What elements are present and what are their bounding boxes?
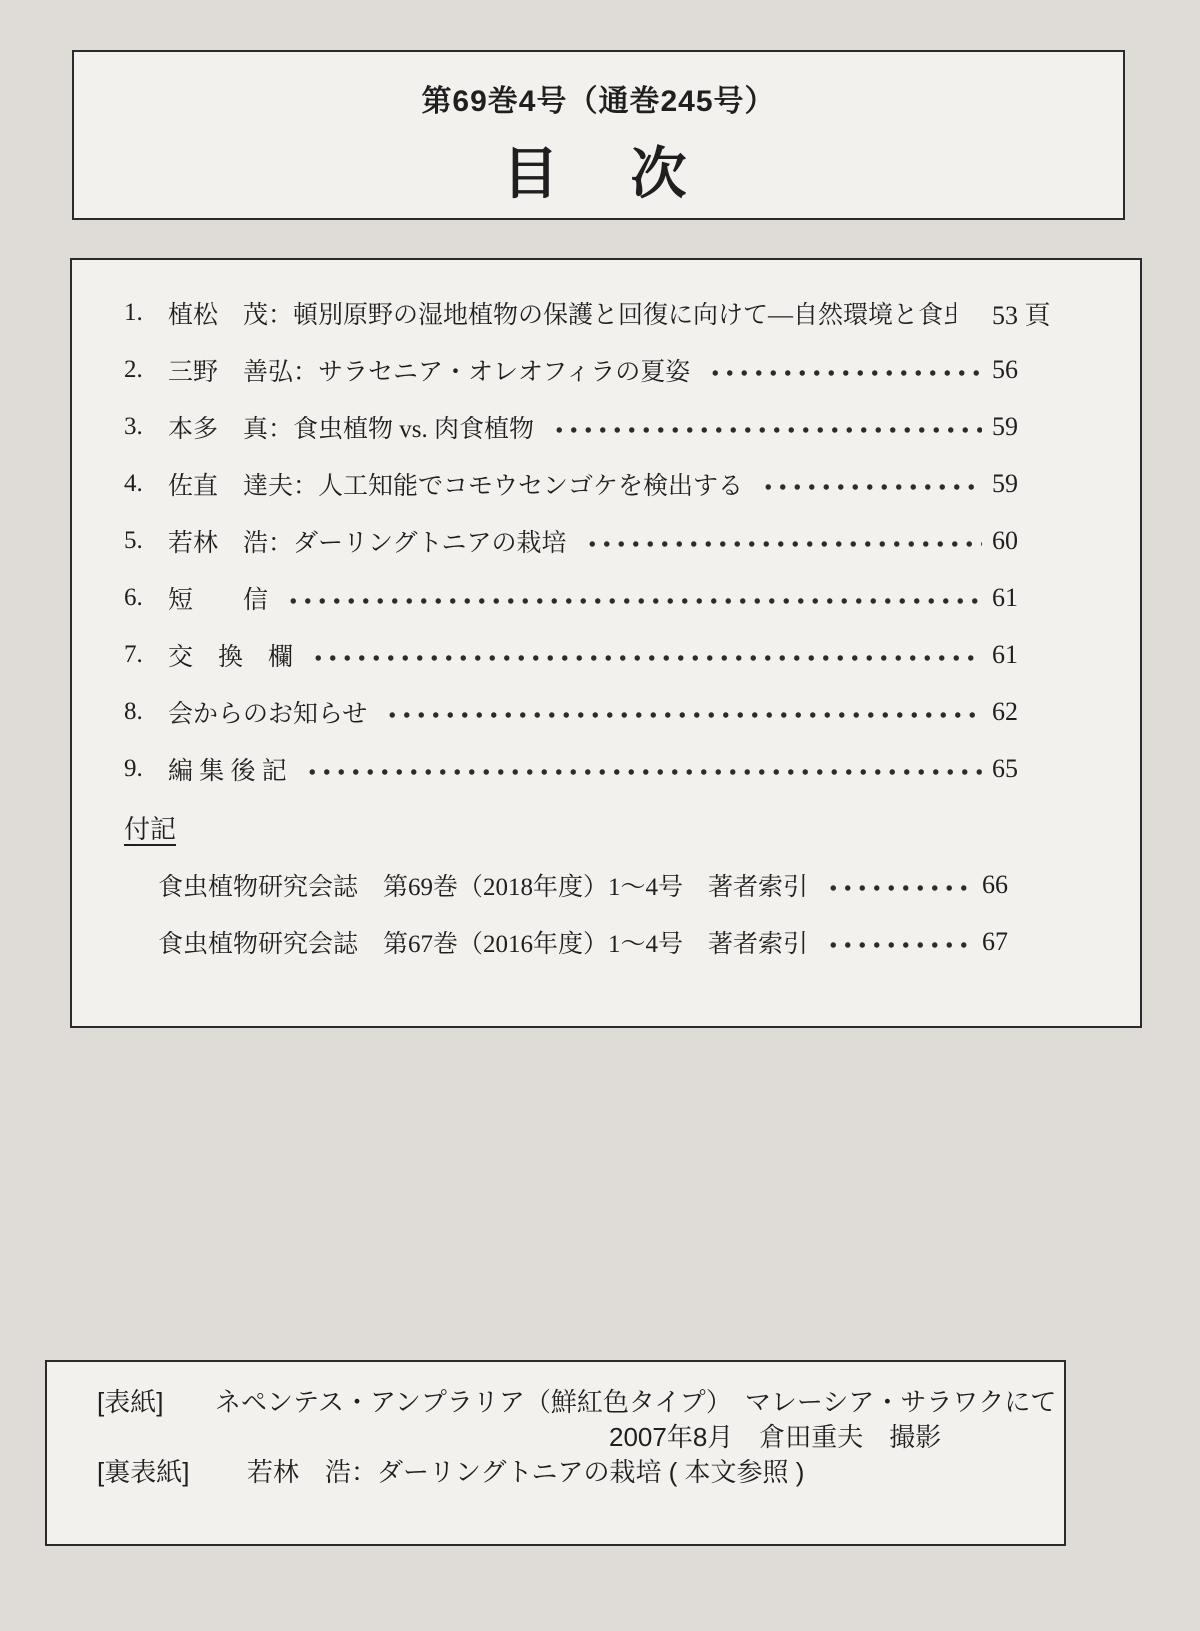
cover-credit: 2007年8月 倉田重夫 撮影 (609, 1417, 941, 1454)
toc-item-number: 6. (124, 584, 168, 612)
page-number: 60 (992, 526, 1092, 556)
toc-item-number: 3. (124, 413, 168, 441)
toc-item-title: 交 換 欄 (168, 637, 293, 673)
page-number: 62 (992, 697, 1092, 727)
toc-item-title: 三野 善弘：サラセニア・オレオフィラの夏姿 (168, 352, 690, 388)
toc-row: 2. 三野 善弘：サラセニア・オレオフィラの夏姿 56 (112, 353, 1092, 387)
toc-row: 6. 短 信 61 (112, 581, 1092, 615)
appendix-entry-title: 食虫植物研究会誌 第69巻（2018年度）1～4号 著者索引 (158, 867, 808, 903)
header-box: 第69巻4号（通巻245号） 目 次 (72, 50, 1125, 220)
back-cover-label: [裏表紙] (97, 1452, 247, 1489)
page-number: 65 (992, 754, 1092, 784)
page-number: 61 (992, 583, 1092, 613)
toc-item-title: 植松 茂：頓別原野の湿地植物の保護と回復に向けて―自然環境と食虫植物― (168, 295, 956, 331)
cover-credit-line: 2007年8月 倉田重夫 撮影 (97, 1417, 1034, 1452)
toc-row: 7. 交 換 欄 61 (112, 638, 1092, 672)
toc-item-title: 本多 真：食虫植物 vs. 肉食植物 (168, 409, 534, 445)
toc-row: 9. 編 集 後 記 65 (112, 752, 1092, 786)
appendix-row: 食虫植物研究会誌 第67巻（2016年度）1～4号 著者索引 67 (112, 925, 1092, 959)
toc-item-number: 9. (124, 755, 168, 783)
page-number: 53 頁 (992, 295, 1092, 332)
page-number: 56 (992, 355, 1092, 385)
toc-item-number: 7. (124, 641, 168, 669)
toc-item-title: 短 信 (168, 580, 268, 616)
back-cover-title: 若林 浩：ダーリングトニアの栽培 ( 本文参照 ) (247, 1452, 804, 1489)
toc-item-number: 4. (124, 470, 168, 498)
toc-item-number: 5. (124, 527, 168, 555)
cover-title: ネペンテス・アンプラリア（鮮紅色タイプ） マレーシア・サラワクにて (215, 1382, 1056, 1419)
toc-item-number: 1. (124, 299, 168, 327)
dot-leader (381, 710, 982, 720)
toc-row: 5. 若林 浩：ダーリングトニアの栽培 60 (112, 524, 1092, 558)
leader-gap (970, 311, 982, 321)
dot-leader (301, 767, 982, 777)
page-number: 67 (982, 927, 1082, 957)
appendix-label: 付記 (124, 809, 1092, 846)
dot-leader (548, 425, 982, 435)
scanned-page: 第69巻4号（通巻245号） 目 次 1. 植松 茂：頓別原野の湿地植物の保護と… (0, 0, 1200, 1631)
page-title: 目 次 (74, 130, 1123, 210)
page-number: 59 (992, 469, 1092, 499)
toc-box: 1. 植松 茂：頓別原野の湿地植物の保護と回復に向けて―自然環境と食虫植物― 5… (70, 258, 1142, 1028)
toc-item-title: 編 集 後 記 (168, 751, 287, 787)
dot-leader (307, 653, 982, 663)
toc-row: 3. 本多 真：食虫植物 vs. 肉食植物 59 (112, 410, 1092, 444)
dot-leader (282, 596, 982, 606)
toc-row: 8. 会からのお知らせ 62 (112, 695, 1092, 729)
toc-item-title: 若林 浩：ダーリングトニアの栽培 (168, 523, 567, 559)
dot-leader (704, 368, 982, 378)
appendix-entry-title: 食虫植物研究会誌 第67巻（2016年度）1～4号 著者索引 (158, 924, 808, 960)
dot-leader (822, 940, 972, 950)
toc-item-number: 2. (124, 356, 168, 384)
page-number: 61 (992, 640, 1092, 670)
toc-item-title: 佐直 達夫：人工知能でコモウセンゴケを検出する (168, 466, 743, 502)
back-cover-line: [裏表紙] 若林 浩：ダーリングトニアの栽培 ( 本文参照 ) (97, 1452, 1034, 1487)
footer-box: [表紙] ネペンテス・アンプラリア（鮮紅色タイプ） マレーシア・サラワクにて 2… (45, 1360, 1066, 1546)
cover-line: [表紙] ネペンテス・アンプラリア（鮮紅色タイプ） マレーシア・サラワクにて (97, 1382, 1034, 1417)
dot-leader (581, 539, 982, 549)
toc-item-number: 8. (124, 698, 168, 726)
cover-label: [表紙] (97, 1382, 215, 1419)
dot-leader (757, 482, 982, 492)
issue-number: 第69巻4号（通巻245号） (74, 76, 1123, 120)
toc-row: 1. 植松 茂：頓別原野の湿地植物の保護と回復に向けて―自然環境と食虫植物― 5… (112, 296, 1092, 330)
toc-row: 4. 佐直 達夫：人工知能でコモウセンゴケを検出する 59 (112, 467, 1092, 501)
appendix-row: 食虫植物研究会誌 第69巻（2018年度）1～4号 著者索引 66 (112, 868, 1092, 902)
dot-leader (822, 883, 972, 893)
page-number: 59 (992, 412, 1092, 442)
toc-item-title: 会からのお知らせ (168, 694, 367, 730)
page-number: 66 (982, 870, 1082, 900)
